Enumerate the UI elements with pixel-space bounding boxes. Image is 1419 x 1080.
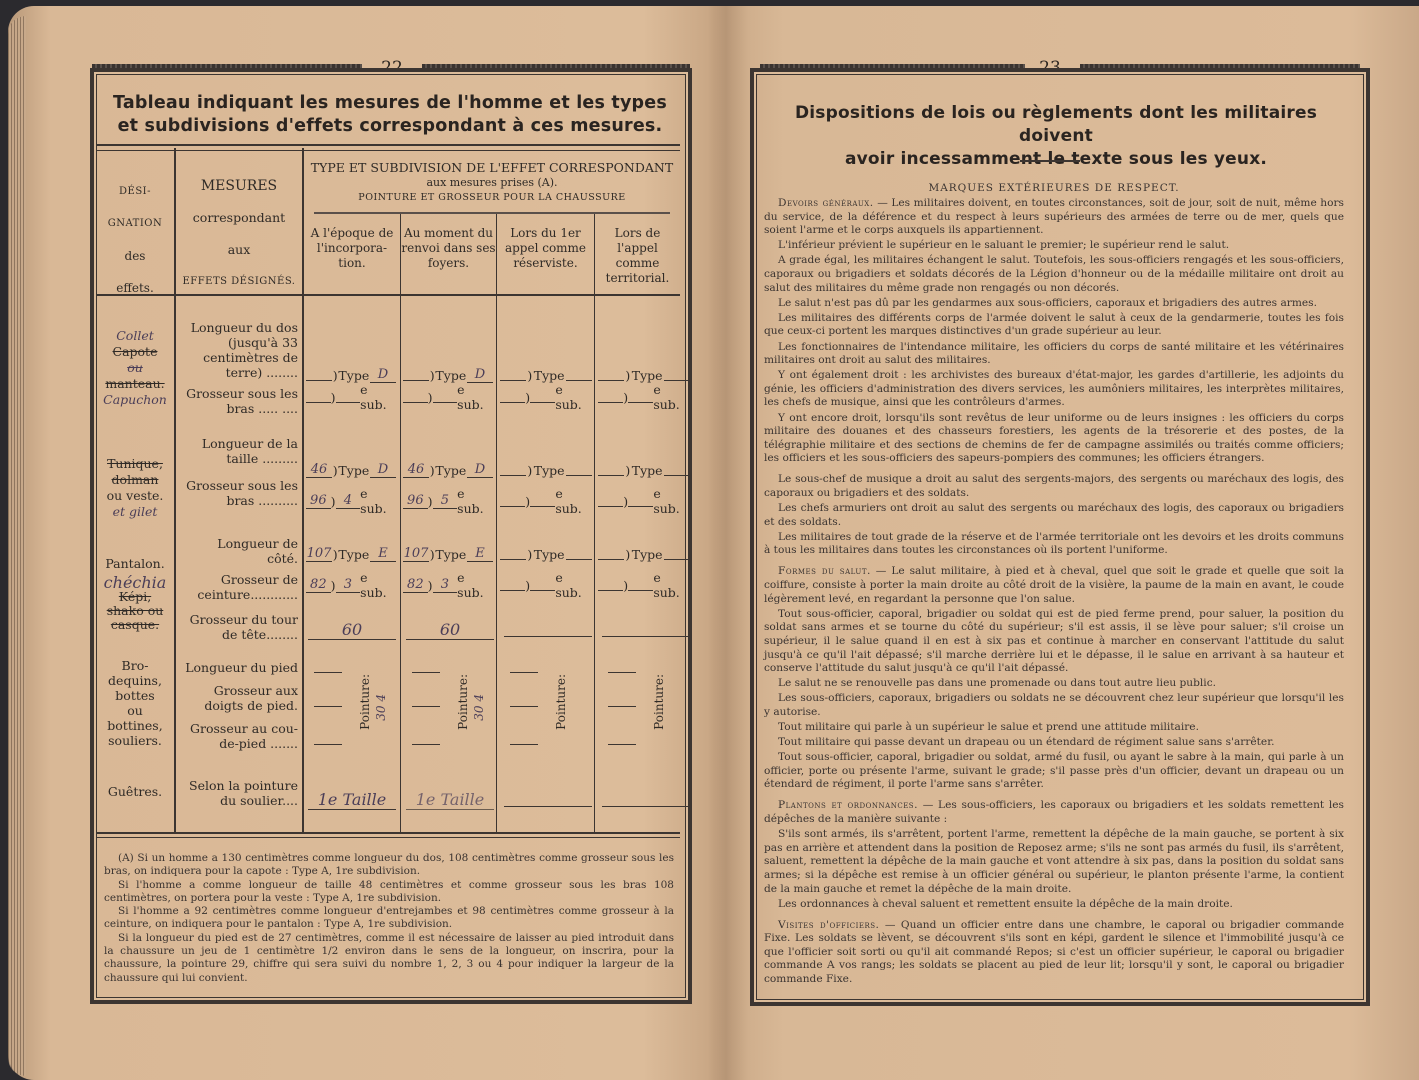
paragraph-text: Le salut n'est pas dû par les gendarmes … (778, 297, 1317, 309)
regulation-paragraph: Devoirs généraux. — Les militaires doive… (764, 197, 1344, 238)
mesures-brodequins: Longueur du pied Grosseur aux doigts de … (184, 660, 298, 751)
cell-pointure-col2: Pointure: 30 4 (406, 664, 496, 760)
regulation-paragraph: Le sous-chef de musique a droit au salut… (764, 473, 1344, 500)
paragraph-lead: Visites d'officiers. (778, 919, 879, 931)
paragraph-text: Y ont également droit : les archivistes … (764, 369, 1344, 408)
paragraph-lead: Formes du salut. (778, 565, 871, 577)
cell-kepi-col3 (504, 636, 592, 637)
cell-tunique-col4: )Type )e sub. (598, 450, 690, 512)
header-col-renvoi: Au moment du renvoi dans ses foyers. (401, 226, 496, 271)
paragraph-text: Tout sous-officier, caporal, brigadier o… (764, 608, 1344, 674)
cell-pantalon-col1: 107)TypeE 82)3e sub. (306, 534, 396, 596)
paragraph-text: Tout militaire qui parle à un supérieur … (778, 721, 1199, 733)
paragraph-text: Les militaires des différents corps de l… (764, 312, 1344, 338)
regulation-paragraph: Formes du salut. — Le salut militaire, à… (764, 565, 1344, 606)
cell-capote-col4: )Type )e sub. (598, 364, 690, 408)
regulation-paragraph: Y ont encore droit, lorsqu'ils sont revê… (764, 412, 1344, 466)
regulation-paragraph: Les militaires des différents corps de l… (764, 312, 1344, 339)
cell-guetres-col3 (504, 806, 592, 807)
regulation-paragraph: Les fonctionnaires de l'intendance milit… (764, 341, 1344, 368)
regulation-paragraph: Le salut ne se renouvelle pas dans une p… (764, 677, 1344, 691)
designation-capote: Collet Capote ou manteau. Capuchon (96, 328, 174, 408)
regulation-paragraph: S'ils sont armés, ils s'arrêtent, porten… (764, 828, 1344, 896)
paragraph-text: S'ils sont armés, ils s'arrêtent, porten… (764, 828, 1344, 894)
paragraph-text: A grade égal, les militaires échangent l… (764, 254, 1344, 293)
regulation-paragraph: Tout sous-officier, caporal, brigadier o… (764, 608, 1344, 676)
table-bottom-rule (96, 832, 680, 838)
header-col-incorporation: A l'époque de l'incorpora-tion. (304, 226, 400, 271)
regulation-paragraph: Y ont également droit : les archivistes … (764, 369, 1344, 410)
paragraph-lead: Plantons et ordonnances. (778, 799, 918, 811)
cell-guetres-col2: 1e Taille (406, 790, 494, 810)
regulation-paragraph: Les ordonnances à cheval saluent et reme… (764, 898, 1344, 912)
cell-guetres-col1: 1e Taille (308, 790, 396, 810)
cell-pantalon-col3: )Type )e sub. (500, 534, 592, 596)
regulation-paragraph: Tout sous-officier, caporal, brigadier o… (764, 751, 1344, 792)
regulation-paragraph: Plantons et ordonnances. — Les sous-offi… (764, 799, 1344, 826)
designation-guetres: Guêtres. (96, 784, 174, 799)
cell-capote-col1: )TypeD )e sub. (306, 364, 396, 408)
paragraph-text: Tout sous-officier, caporal, brigadier o… (764, 751, 1344, 790)
paragraph-text: Y ont encore droit, lorsqu'ils sont revê… (764, 412, 1344, 465)
title-ornament-rule (1020, 160, 1080, 162)
regulation-paragraph: Tout militaire qui parle à un supérieur … (764, 721, 1344, 735)
cell-pantalon-col2: 107)TypeE 82)3e sub. (403, 534, 493, 596)
designation-brodequins: Bro- dequins, bottes ou bottines, soulie… (96, 658, 174, 748)
paragraph-text: L'inférieur prévient le supérieur en le … (778, 239, 1229, 251)
regulation-paragraph: Tout militaire qui passe devant un drape… (764, 736, 1344, 750)
paragraph-text: Le sous-chef de musique a droit au salut… (764, 473, 1344, 499)
mesures-kepi: Grosseur du tour de tête........ (184, 612, 298, 642)
designation-tunique: Tunique, dolman ou veste. et gilet (96, 456, 174, 520)
header-col-territorial: Lors de l'appel comme territorial. (595, 226, 680, 286)
paragraph-text: Les militaires de tout grade de la réser… (764, 531, 1344, 557)
regulation-paragraph: Le salut n'est pas dû par les gendarmes … (764, 297, 1344, 311)
cell-kepi-col1: 60 (308, 620, 396, 640)
regulation-paragraph: Les sous-officiers, caporaux, brigadiers… (764, 692, 1344, 719)
left-page: 22 Tableau indiquant les mesures de l'ho… (8, 6, 720, 1080)
cell-guetres-col4 (602, 806, 688, 807)
header-col-reserviste: Lors du 1er appel comme réserviste. (497, 226, 594, 271)
cell-pointure-col4: Pointure: (602, 664, 692, 760)
paragraph-text: Les sous-officiers, caporaux, brigadiers… (764, 692, 1344, 718)
cell-kepi-col2: 60 (406, 620, 494, 640)
cell-tunique-col1: 46)TypeD 96)4e sub. (306, 450, 396, 512)
regulation-paragraph: A grade égal, les militaires échangent l… (764, 254, 1344, 295)
cell-pantalon-col4: )Type )e sub. (598, 534, 690, 596)
mesures-capote: Longueur du dos (jusqu'à 33 centimètres … (184, 320, 298, 416)
right-page: 23 Dispositions de lois ou règlements do… (720, 6, 1419, 1080)
designation-kepi: chéchia Képi, shako ou casque. (96, 576, 174, 632)
header-designation: DÉSI- GNATION des effets. (96, 176, 174, 304)
footnote: (A) Si un homme a 130 centimètres comme … (104, 852, 674, 985)
regulation-paragraph: Les militaires de tout grade de la réser… (764, 531, 1344, 558)
cell-capote-col2: )TypeD )e sub. (403, 364, 493, 408)
regulation-paragraph: L'inférieur prévient le supérieur en le … (764, 239, 1344, 253)
cell-pointure-col3: Pointure: (504, 664, 594, 760)
regulations-text: MARQUES EXTÉRIEURES DE RESPECT. Devoirs … (764, 182, 1344, 988)
paragraph-text: Les ordonnances à cheval saluent et reme… (778, 898, 1233, 910)
mesures-guetres: Selon la pointure du soulier.... (184, 778, 298, 808)
designation-pantalon: Pantalon. (96, 556, 174, 571)
cell-capote-col3: )Type )e sub. (500, 364, 592, 408)
paragraph-text: Le salut ne se renouvelle pas dans une p… (778, 677, 1216, 689)
paragraph-text: Les fonctionnaires de l'intendance milit… (764, 341, 1344, 367)
header-mesures: MESURES correspondant aux EFFETS DÉSIGNÉ… (176, 170, 302, 298)
cell-kepi-col4 (602, 636, 688, 637)
paragraph-lead: Devoirs généraux. (778, 197, 874, 209)
cell-pointure-col1: Pointure: 30 4 (308, 664, 398, 760)
mesures-pantalon: Longueur de côté. Grosseur de ceinture..… (184, 536, 298, 602)
page-title: Tableau indiquant les mesures de l'homme… (100, 92, 680, 138)
cell-tunique-col2: 46)TypeD 96)5e sub. (403, 450, 493, 512)
regulation-paragraph: Les chefs armuriers ont droit au salut d… (764, 502, 1344, 529)
section-heading: MARQUES EXTÉRIEURES DE RESPECT. (764, 182, 1344, 196)
regulation-paragraph: Visites d'officiers. — Quand un officier… (764, 919, 1344, 987)
cell-tunique-col3: )Type )e sub. (500, 450, 592, 512)
header-type-subdivision: TYPE ET SUBDIVISION DE L'EFFET CORRESPON… (304, 160, 680, 214)
paragraph-text: Tout militaire qui passe devant un drape… (778, 736, 1274, 748)
open-booklet: 22 Tableau indiquant les mesures de l'ho… (8, 6, 1419, 1080)
paragraph-text: Les chefs armuriers ont droit au salut d… (764, 502, 1344, 528)
mesures-tunique: Longueur de la taille ......... Grosseur… (184, 436, 298, 508)
